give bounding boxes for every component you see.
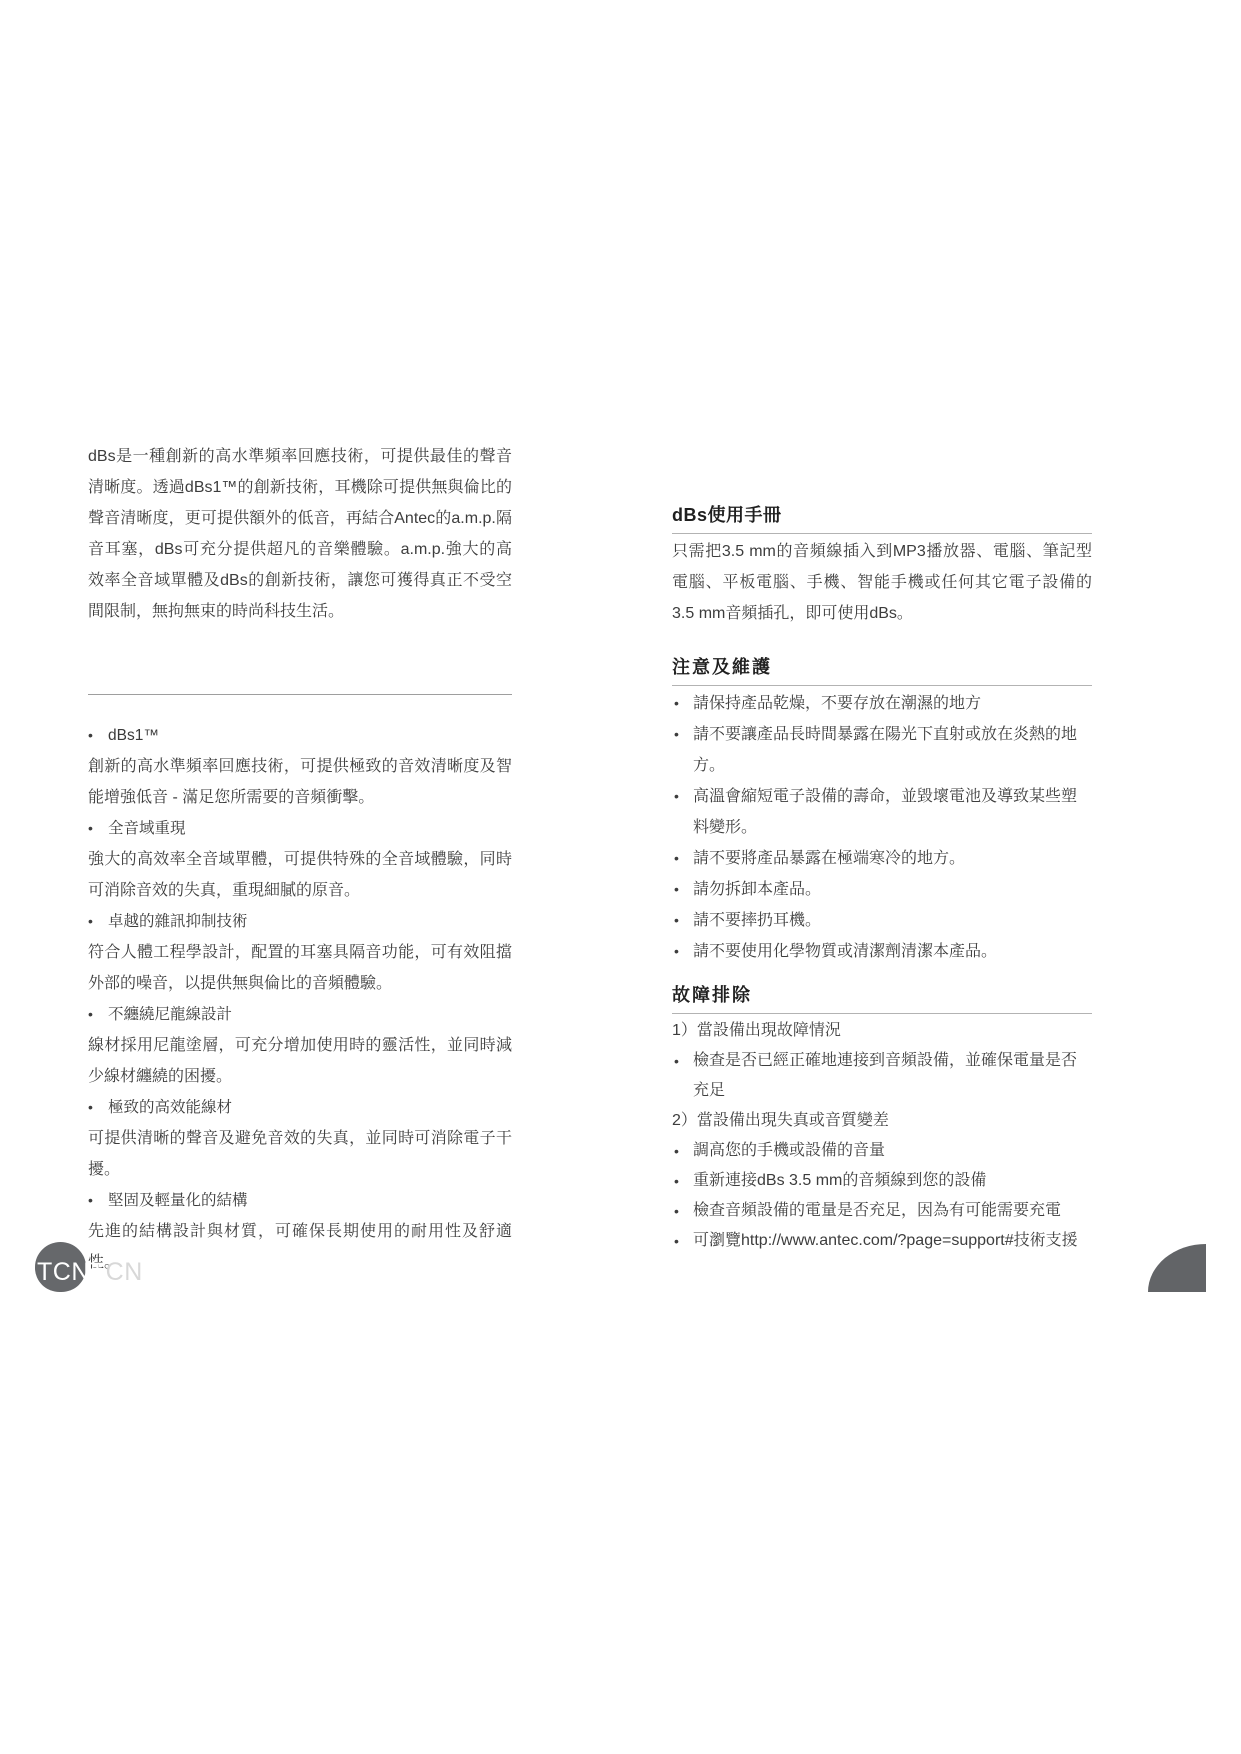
feature-title: •不纏繞尼龍線設計 <box>88 999 512 1030</box>
care-item: •請不要將產品暴露在極端寒冷的地方。 <box>672 843 1092 874</box>
troubleshooting-step: •重新連接dBs 3.5 mm的音頻線到您的設備 <box>672 1166 1092 1196</box>
feature-title: •dBs1™ <box>88 720 512 751</box>
usage-paragraph: 只需把3.5 mm的音頻線插入到MP3播放器、電腦、筆記型電腦、平板電腦、手機、… <box>672 536 1092 629</box>
troubleshooting-step: •檢查是否已經正確地連接到音頻設備，並確保電量是否充足 <box>672 1046 1092 1106</box>
bullet-marker-icon: • <box>674 843 679 874</box>
feature-title-text: 不纏繞尼龍線設計 <box>108 1006 232 1023</box>
page-corner-right-decoration <box>1148 1244 1206 1292</box>
feature-title: •全音域重現 <box>88 813 512 844</box>
feature-title: •極致的高效能線材 <box>88 1092 512 1123</box>
intro-column: dBs是一種創新的高水準頻率回應技術，可提供最佳的聲音清晰度。透過dBs1™的創… <box>88 441 512 1278</box>
care-item-text: 高溫會縮短電子設備的壽命，並毀壞電池及導致某些塑料變形。 <box>693 788 1077 836</box>
troubleshooting-step: •檢查音頻設備的電量是否充足，因為有可能需要充電 <box>672 1196 1092 1226</box>
feature-description: 強大的高效率全音域單體，可提供特殊的全音域體驗，同時可消除音效的失真，重現細膩的… <box>88 844 512 906</box>
manual-column: dBs使用手冊 只需把3.5 mm的音頻線插入到MP3播放器、電腦、筆記型電腦、… <box>672 503 1092 1256</box>
care-item: •請不要摔扔耳機。 <box>672 905 1092 936</box>
feature-title: •堅固及輕量化的結構 <box>88 1185 512 1216</box>
bullet-marker-icon: • <box>674 781 679 812</box>
intro-paragraph: dBs是一種創新的高水準頻率回應技術，可提供最佳的聲音清晰度。透過dBs1™的創… <box>88 441 512 627</box>
care-item-text: 請不要摔扔耳機。 <box>693 912 821 929</box>
manual-page: dBs是一種創新的高水準頻率回應技術，可提供最佳的聲音清晰度。透過dBs1™的創… <box>0 0 1241 1754</box>
page-marker-secondary-text: CN <box>106 1258 143 1286</box>
page-marker-primary-text: TCNT <box>37 1258 106 1286</box>
troubleshooting-case: 2）當設備出現失真或音質變差 <box>672 1106 1092 1136</box>
care-item: •高溫會縮短電子設備的壽命，並毀壞電池及導致某些塑料變形。 <box>672 781 1092 843</box>
troubleshooting-section: 故障排除 1）當設備出現故障情況 •檢查是否已經正確地連接到音頻設備，並確保電量… <box>672 983 1092 1256</box>
care-section: 注意及維護 •請保持產品乾燥，不要存放在潮濕的地方 •請不要讓產品長時間暴露在陽… <box>672 655 1092 967</box>
bullet-marker-icon: • <box>88 999 108 1030</box>
troubleshooting-list: 1）當設備出現故障情況 •檢查是否已經正確地連接到音頻設備，並確保電量是否充足 … <box>672 1016 1092 1256</box>
bullet-marker-icon: • <box>88 1185 108 1216</box>
bullet-marker-icon: • <box>674 905 679 936</box>
feature-list: •dBs1™ 創新的高水準頻率回應技術，可提供極致的音效清晰度及智能增強低音 -… <box>88 720 512 1278</box>
usage-heading: dBs使用手冊 <box>672 503 1092 534</box>
troubleshooting-step-text: 檢查是否已經正確地連接到音頻設備，並確保電量是否充足 <box>693 1052 1077 1099</box>
care-item: •請不要使用化學物質或清潔劑清潔本產品。 <box>672 936 1092 967</box>
feature-title-text: dBs1™ <box>108 727 159 744</box>
care-item-text: 請不要使用化學物質或清潔劑清潔本產品。 <box>693 943 997 960</box>
bullet-marker-icon: • <box>674 1166 679 1196</box>
troubleshooting-step: •調高您的手機或設備的音量 <box>672 1136 1092 1166</box>
feature-title: •卓越的雜訊抑制技術 <box>88 906 512 937</box>
troubleshooting-step-text: 重新連接dBs 3.5 mm的音頻線到您的設備 <box>693 1172 986 1189</box>
bullet-marker-icon: • <box>674 1226 679 1256</box>
bullet-marker-icon: • <box>674 874 679 905</box>
feature-description: 先進的結構設計與材質，可確保長期使用的耐用性及舒適性。 <box>88 1216 512 1278</box>
page-language-marker: TCNTCN <box>37 1258 143 1287</box>
bullet-marker-icon: • <box>88 1092 108 1123</box>
bullet-marker-icon: • <box>88 813 108 844</box>
bullet-marker-icon: • <box>674 1046 679 1076</box>
feature-title-text: 全音域重現 <box>108 820 186 837</box>
feature-description: 可提供清晰的聲音及避免音效的失真，並同時可消除電子干擾。 <box>88 1123 512 1185</box>
feature-description: 線材採用尼龍塗層，可充分增加使用時的靈活性，並同時減少線材纏繞的困擾。 <box>88 1030 512 1092</box>
care-bullet-list: •請保持產品乾燥，不要存放在潮濕的地方 •請不要讓產品長時間暴露在陽光下直射或放… <box>672 688 1092 967</box>
feature-description: 創新的高水準頻率回應技術，可提供極致的音效清晰度及智能增強低音 - 滿足您所需要… <box>88 751 512 813</box>
care-item-text: 請不要將產品暴露在極端寒冷的地方。 <box>693 850 965 867</box>
feature-title-text: 卓越的雜訊抑制技術 <box>108 913 248 930</box>
support-url-text: 可瀏覽http://www.antec.com/?page=support#技術… <box>693 1232 1078 1249</box>
bullet-marker-icon: • <box>674 936 679 967</box>
usage-section: dBs使用手冊 只需把3.5 mm的音頻線插入到MP3播放器、電腦、筆記型電腦、… <box>672 503 1092 629</box>
feature-title-text: 極致的高效能線材 <box>108 1099 232 1116</box>
bullet-marker-icon: • <box>674 688 679 719</box>
care-item-text: 請勿拆卸本產品。 <box>693 881 821 898</box>
section-divider <box>88 694 512 695</box>
bullet-marker-icon: • <box>88 720 108 751</box>
bullet-marker-icon: • <box>674 1136 679 1166</box>
support-url-line: •可瀏覽http://www.antec.com/?page=support#技… <box>672 1226 1092 1256</box>
feature-description: 符合人體工程學設計，配置的耳塞具隔音功能，可有效阻擋外部的噪音，以提供無與倫比的… <box>88 937 512 999</box>
troubleshooting-step-text: 檢查音頻設備的電量是否充足，因為有可能需要充電 <box>693 1202 1061 1219</box>
care-item: •請保持產品乾燥，不要存放在潮濕的地方 <box>672 688 1092 719</box>
troubleshooting-case: 1）當設備出現故障情況 <box>672 1016 1092 1046</box>
troubleshooting-heading: 故障排除 <box>672 983 1092 1014</box>
care-item: •請勿拆卸本產品。 <box>672 874 1092 905</box>
care-item-text: 請不要讓產品長時間暴露在陽光下直射或放在炎熱的地方。 <box>693 726 1077 774</box>
bullet-marker-icon: • <box>674 719 679 750</box>
bullet-marker-icon: • <box>88 906 108 937</box>
care-item: •請不要讓產品長時間暴露在陽光下直射或放在炎熱的地方。 <box>672 719 1092 781</box>
care-item-text: 請保持產品乾燥，不要存放在潮濕的地方 <box>693 695 981 712</box>
feature-title-text: 堅固及輕量化的結構 <box>108 1192 248 1209</box>
care-heading: 注意及維護 <box>672 655 1092 686</box>
troubleshooting-step-text: 調高您的手機或設備的音量 <box>693 1142 885 1159</box>
bullet-marker-icon: • <box>674 1196 679 1226</box>
